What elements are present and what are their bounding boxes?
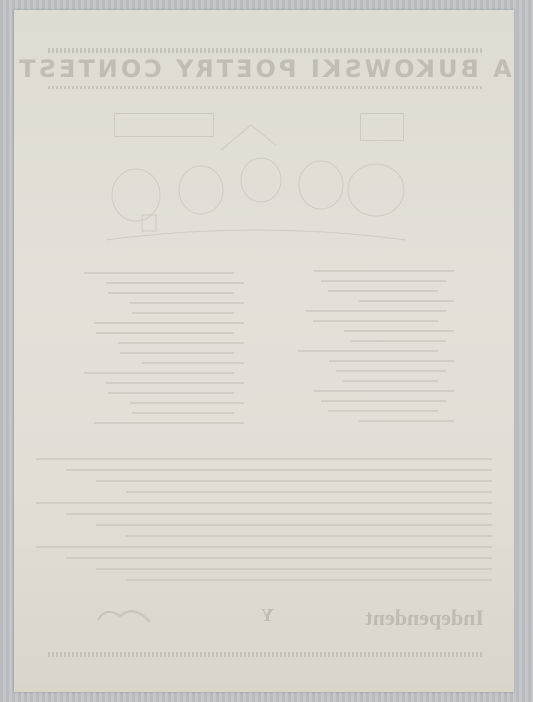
show-through-line [66,469,492,471]
logo-mark: Y [261,605,274,626]
show-through-line [126,491,492,493]
show-through-line [336,370,446,372]
show-through-line [329,360,454,362]
paper-sheet: A BUKOWSKI POETRY CONTEST Independent [14,10,514,692]
show-through-line [351,340,446,342]
show-through-line [96,568,492,570]
show-through-line [94,322,244,324]
contest-title: A BUKOWSKI POETRY CONTEST [14,55,514,83]
show-through-line [36,546,492,548]
show-through-line [96,332,234,334]
show-through-line [314,270,454,272]
show-through-line [66,513,492,515]
cartoon-figures [86,105,426,255]
show-through-line [130,402,244,404]
cartoon-illustration [86,105,426,255]
show-through-line [328,410,438,412]
show-through-line [36,458,492,460]
show-through-line [66,557,492,559]
show-through-content: A BUKOWSKI POETRY CONTEST Independent [14,10,514,692]
show-through-line [313,320,438,322]
show-through-line [328,290,438,292]
top-banner-rule [46,48,482,53]
show-through-line [343,380,438,382]
show-through-line [118,342,244,344]
show-through-line [344,330,454,332]
show-through-line [94,422,244,424]
show-through-line [108,392,234,394]
show-through-line [130,302,244,304]
show-through-line [96,524,492,526]
show-through-line [142,362,244,364]
show-through-line [321,400,446,402]
independent-logo: Independent [365,605,484,631]
show-through-line [120,352,234,354]
show-through-line [132,412,234,414]
show-through-line [359,420,454,422]
show-through-line [126,579,492,581]
show-through-line [321,280,446,282]
show-through-line [84,272,234,274]
bottom-banner-rule [46,652,482,657]
show-through-line [106,382,244,384]
show-through-line [84,372,234,374]
show-through-line [36,502,492,504]
show-through-line [306,310,446,312]
show-through-line [96,480,492,482]
show-through-line [314,390,454,392]
show-through-line [132,312,234,314]
title-underline [46,86,482,89]
sponsor-logo [94,602,154,630]
show-through-line [106,282,244,284]
show-through-line [359,300,454,302]
show-through-line [126,535,492,537]
show-through-line [298,350,438,352]
show-through-line [108,292,234,294]
